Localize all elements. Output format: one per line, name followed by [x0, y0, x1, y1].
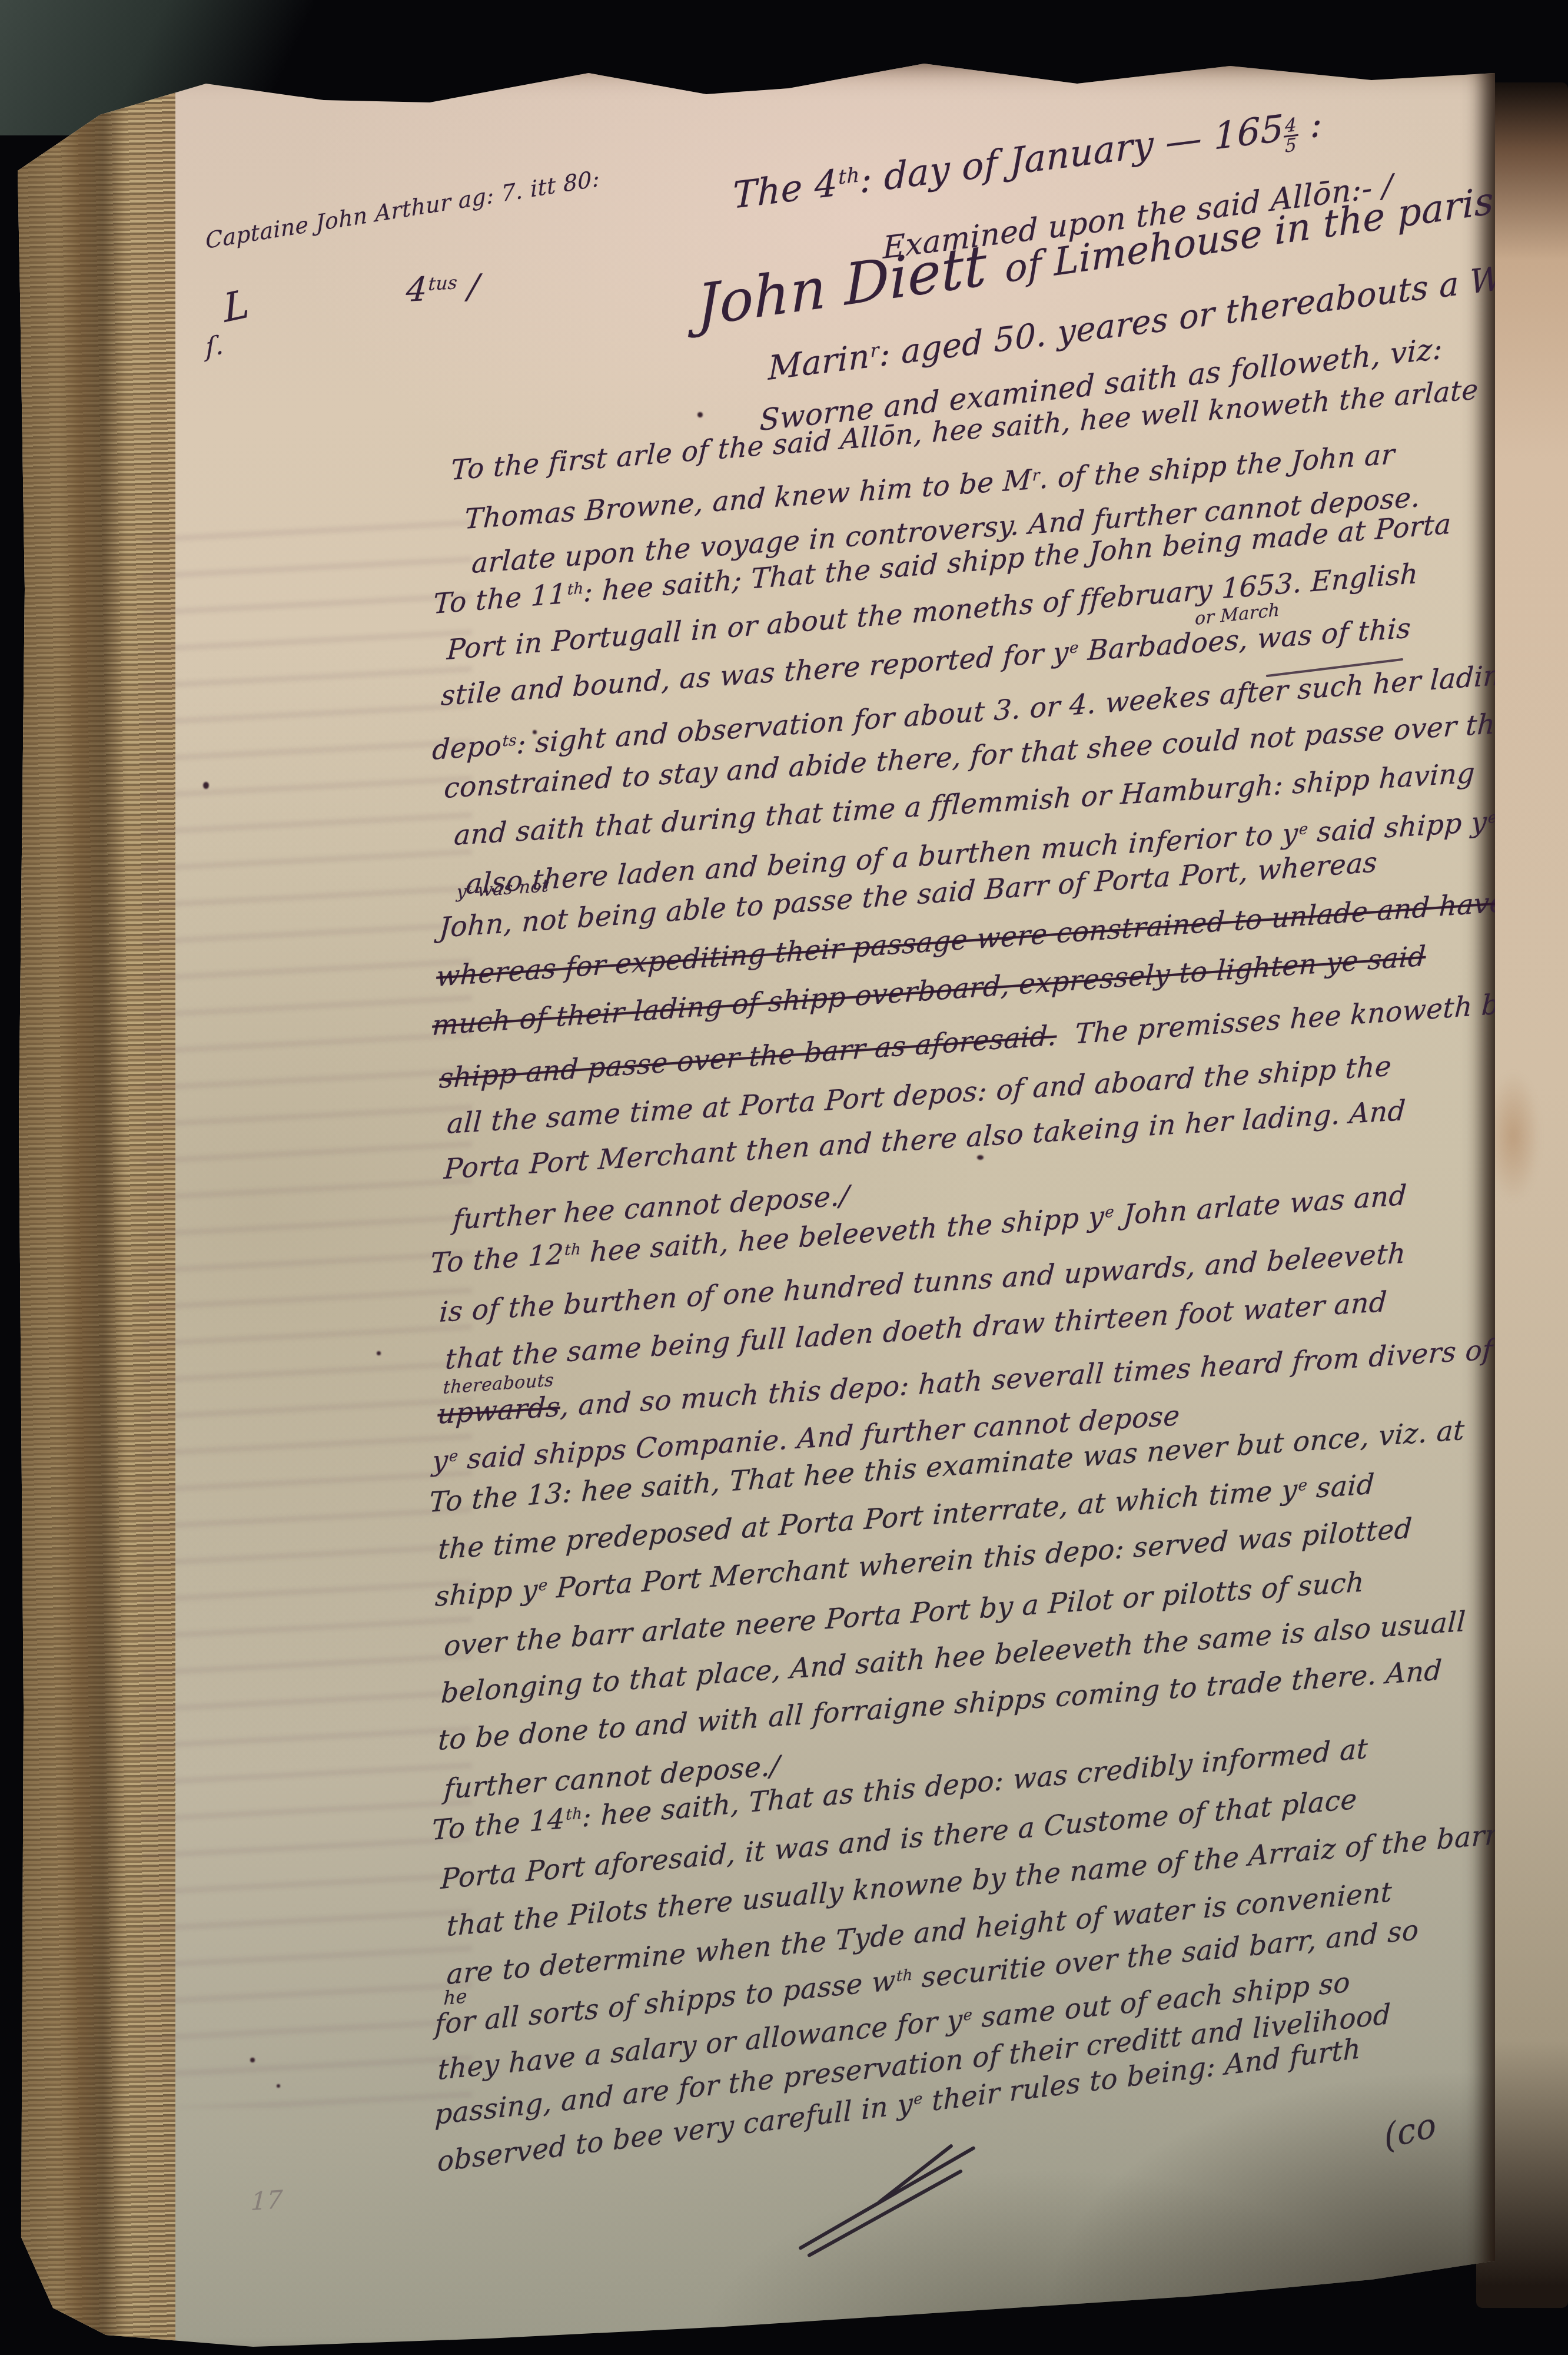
line-segment: y — [456, 881, 467, 903]
line-segment: upwards — [437, 1391, 562, 1431]
line-segment: th — [838, 163, 859, 190]
line-segment: To the 11 — [433, 578, 567, 621]
line-segment: tus — [428, 272, 459, 295]
line-segment: John arlate was and — [1113, 1179, 1407, 1232]
photograph-background: Captaine John Arthur ag: 7. itt 80:The 4… — [0, 0, 1568, 2355]
paragraph-mark: L — [222, 283, 251, 330]
line-segment: th — [567, 579, 584, 598]
line-segment: : — [1298, 101, 1322, 148]
line-segment: The premisses hee knoweth being — [1056, 984, 1562, 1052]
line-segment: said — [1307, 1468, 1376, 1505]
line-segment: L — [222, 281, 251, 331]
line-segment: John Diett — [696, 230, 1005, 339]
line-segment: 45 — [1284, 116, 1298, 156]
catchword-mark: (co — [1382, 2107, 1439, 2155]
line-segment: ſ. — [205, 330, 224, 363]
line-segment: r — [871, 339, 879, 361]
paragraph-mark-2: ſ. — [205, 331, 224, 361]
line-segment: e — [963, 2006, 973, 2025]
line-segment: 17 — [250, 2185, 284, 2216]
line-segment: Captaine John Arthur ag: 7. itt 80: — [205, 165, 600, 254]
line-segment: th — [896, 1966, 913, 1985]
line-segment: To the 14 — [431, 1803, 566, 1847]
line-segment: shipp y — [434, 1574, 539, 1614]
ink-spot — [203, 782, 209, 789]
ink-spot — [533, 730, 537, 734]
line-segment: To the 12 — [430, 1238, 565, 1280]
line-segment: said shipp y — [1307, 806, 1489, 850]
text-layer: Captaine John Arthur ag: 7. itt 80:The 4… — [18, 59, 1495, 2355]
ink-spot — [250, 2058, 255, 2062]
deposition-number: 4tus / — [405, 270, 480, 309]
line-segment: e — [1069, 639, 1079, 657]
ink-spot — [697, 412, 703, 417]
line-segment: th — [566, 1805, 583, 1824]
line-segment: / — [456, 267, 480, 307]
manuscript-page: Captaine John Arthur ag: 7. itt 80:The 4… — [18, 59, 1495, 2355]
ink-spot — [977, 1155, 984, 1160]
line-segment: th — [564, 1240, 582, 1259]
folio-number-faint: 17 — [250, 2187, 284, 2215]
line-segment: depo — [431, 729, 503, 767]
line-segment: (co — [1381, 2104, 1439, 2157]
line-segment: : day of January — 165 — [860, 106, 1284, 201]
line-segment: ts — [502, 731, 517, 750]
line-segment: The 4 — [733, 161, 838, 217]
line-segment: e — [913, 2089, 923, 2108]
line-segment: Marin — [768, 337, 870, 388]
line-segment: y — [431, 1444, 449, 1478]
ink-spot — [277, 2084, 280, 2088]
ink-spot — [377, 1351, 381, 1355]
line-segment: 4 — [405, 270, 429, 310]
margin-note: Captaine John Arthur ag: 7. itt 80: — [205, 167, 600, 253]
